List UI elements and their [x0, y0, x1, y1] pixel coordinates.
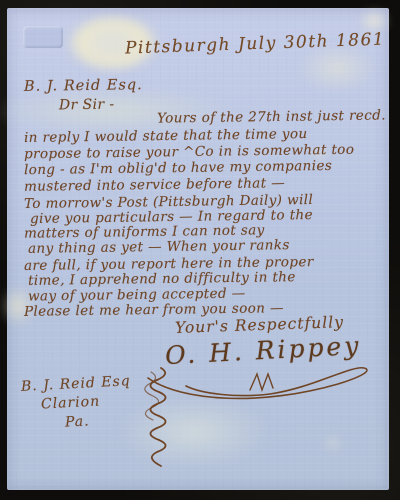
salutation: Dr Sir -: [59, 97, 115, 114]
signature: O. H. Rippey: [164, 331, 362, 370]
recipient-name: B. J. Reid Esq.: [24, 77, 143, 95]
body-line: Yours of the 27th inst just recd.: [157, 107, 386, 126]
embossed-stamp: [23, 26, 63, 48]
docket-scribble-icon: [127, 366, 175, 470]
docket-state: Pa.: [65, 413, 90, 430]
body-line: mustered into service before that —: [24, 175, 285, 195]
body-line: long - as I'm oblig'd to have my compani…: [24, 158, 332, 178]
stain-patch: [119, 396, 269, 468]
letter-photograph: Pittsburgh July 30th 1861 B. J. Reid Esq…: [0, 0, 400, 500]
docket-name: B. J. Reid Esq: [21, 373, 131, 395]
letter-paper: Pittsburgh July 30th 1861 B. J. Reid Esq…: [7, 8, 389, 490]
stain-speck: [327, 438, 339, 448]
docket-town: Clarion: [41, 393, 101, 412]
dateline: Pittsburgh July 30th 1861: [125, 29, 386, 58]
